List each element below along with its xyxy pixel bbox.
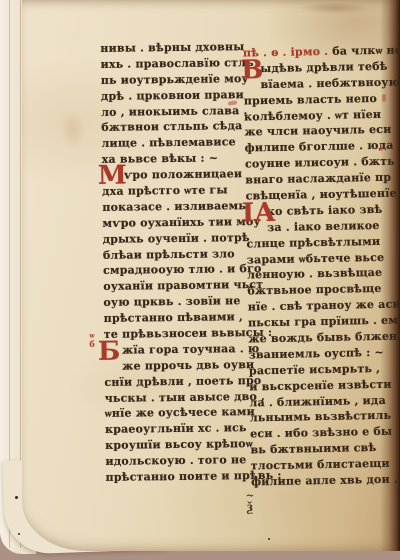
ink-text: смраднооую тлю . и бго [103, 262, 262, 277]
ink-text: ленноую . вьзвѣщае [247, 266, 382, 282]
text-line: ло , инокыимь слава . [101, 103, 243, 121]
ink-speck [15, 496, 18, 499]
ink-text: вь бжтвныими свѣ [250, 441, 376, 456]
ink-text: за . іако великое [267, 219, 380, 234]
red-margin-mark [382, 94, 386, 102]
rubric-initial: Б [98, 341, 121, 363]
ink-text: показасе . изливаемь [102, 199, 246, 214]
marginal-gloss-bottom: б [86, 340, 98, 349]
ink-text: же пррочь двь оуви [122, 358, 254, 373]
ink-text: бжтвнои стльпь сѣда [101, 120, 242, 135]
text-line: краеоугльнїи хс . ись [105, 420, 247, 438]
ink-text: прѣстанно пѣваими , [104, 310, 243, 325]
text-line: дрыхь оученїи . потрѣ [103, 230, 245, 248]
text-line: те прѣвьзносеи вьвысы : [104, 325, 246, 343]
ink-text: ѡнїе же оусѣчесе ками [105, 406, 255, 421]
ink-text: вїаема . небжтвноую [260, 75, 400, 91]
ink-text: филипе апле хвь дои . [251, 473, 398, 489]
ink-text: филипе бгоглше . юда [245, 139, 394, 155]
ink-text: чьскы . тыи авысе дво , [105, 389, 266, 404]
ink-text: же члси наоучиль еси [244, 123, 391, 139]
ink-text: те прѣвьзносеи вьвысы : [104, 326, 272, 341]
ink-text: и вьскрсенїе извѣсти [249, 377, 392, 393]
marginal-gloss: ѡ б [86, 331, 98, 349]
ink-text: нїе . свѣ траноу же аси [248, 298, 400, 314]
text-line: жїа гора тоучнаа . ю [104, 341, 246, 359]
stain [300, 2, 370, 14]
ink-text: кроушїи вьсоу крѣпоѡ [105, 437, 253, 452]
ink-text: оуханїи правомтни чьст [103, 278, 263, 293]
ink-text: внаго наслажданїе пр [245, 171, 391, 187]
red-margin-mark [380, 146, 383, 151]
ink-text: снїи дрѣвли , поеть про [104, 374, 261, 389]
ink-text: ыдѣвь дрѣвли тебѣ [260, 60, 388, 75]
ink-text: нивы . вѣрны дховны [100, 40, 244, 55]
ink-text: пь иоутврьжденїе моу [101, 72, 249, 87]
text-line: дрѣ . црковнои прави [101, 87, 243, 105]
ink-text: слнце прѣсвѣтлыми [246, 235, 380, 251]
ink-text: блѣаи прѣльсти зло [103, 247, 235, 262]
ink-text: зарами ѡбьтече вьсе [247, 250, 385, 266]
ink-text: ла . ближнїимь , ида [249, 393, 385, 409]
text-line: бжтвнои стльпь сѣда [101, 119, 243, 137]
ink-text: приемь власть непо [244, 92, 377, 108]
ink-text: пьскы гра прїишь . емоу [248, 313, 400, 329]
ink-text: идольскоую . того не [105, 453, 246, 468]
ink-text: ба члкѡ неоу . [328, 43, 400, 58]
ink-text: жїа гора тоучнаа . ю [122, 342, 259, 357]
text-line: показасе . изливаемь [102, 198, 244, 216]
ink-text: соуние илисоуи . бжть [245, 155, 395, 171]
ink-text: ло , инокыимь слава . [101, 104, 247, 119]
ink-text: же вождь бывь блжене [248, 329, 400, 345]
text-line: оую црквь . зовїи не [103, 293, 245, 311]
ink-text: распетїе исьмрьть , [249, 362, 380, 378]
ink-text: краеоугльнїи хс . ись [105, 422, 247, 437]
quire-mark: ~ ѯ [241, 493, 259, 514]
ink-text: званиемль оуспѣ : ~ [249, 346, 384, 362]
text-line: идольскоую . того не [105, 452, 247, 470]
stain [60, 110, 86, 150]
ink-text: льныимь вьзвѣстиль [250, 409, 392, 425]
ink-text: дрѣ . црковнои прави [101, 88, 244, 103]
quire-mark-letter: ѯ [241, 500, 259, 514]
ink-text: ѵро положницаеи [124, 167, 242, 181]
text-column-left: нивы . вѣрны дховныихь . православїю стл… [100, 39, 247, 486]
text-line: нивы . вѣрны дховны [100, 39, 242, 57]
ink-speck [18, 533, 20, 535]
ink-text: оую црквь . зовїи не [103, 294, 240, 309]
text-line: оуханїи правомтни чьст [103, 277, 245, 295]
ink-text: бжтвьное просвѣще [247, 282, 381, 298]
text-line: мѵро оуханїихь тии моу [102, 214, 244, 232]
text-line: же пррочь двь оуви [104, 357, 246, 375]
ink-text: ко свѣть іако звѣ [267, 203, 383, 218]
rubric-initial: М [98, 165, 127, 187]
ink-text: дрыхь оученїи . потрѣ [103, 231, 250, 246]
manuscript-photo: нивы . вѣрны дховныихь . православїю стл… [0, 0, 400, 560]
ink-text: еси . ибо звѣзно е бы [250, 425, 392, 441]
text-line: блѣаи прѣльсти зло [103, 246, 245, 264]
text-line: лище . пѣвлемависе [101, 134, 243, 152]
text-line: прѣстанно поите и прѣвь : [106, 468, 248, 486]
rubric-initial: ІА [242, 202, 276, 225]
ink-text: мѵро оуханїихь тии моу [102, 215, 260, 230]
text-column-right: пѣ . ѳ . ірмо . ба члкѡ неоу .ыдѣвь дрѣв… [243, 43, 400, 491]
text-line: пь иоутврьжденїе моу [101, 71, 243, 89]
text-line: смраднооую тлю . и бго [103, 262, 245, 280]
ink-text: ихь . православїю стль [100, 56, 253, 71]
text-line: снїи дрѣвли , поеть про [104, 373, 246, 391]
text-line: филипе апле хвь дои . [251, 472, 400, 491]
ink-text: лище . пѣвлемависе [101, 136, 235, 151]
text-line: еси . ибо звѣзно е бы [250, 424, 400, 443]
text-line: кроушїи вьсоу крѣпоѡ [105, 436, 247, 454]
text-line: ѡнїе же оусѣчесе ками [105, 405, 247, 423]
ink-text: колѣблемоу . ѡт нїеи [244, 107, 381, 123]
text-line: прѣстанно пѣваими , [104, 309, 246, 327]
text-line: чьскы . тыи авысе дво , [105, 389, 247, 407]
ink-text: тлостьми блистаещи [251, 457, 390, 473]
rubric-initial: В [241, 59, 264, 82]
ink-speck [268, 538, 270, 540]
text-line: ихь . православїю стль [100, 55, 242, 73]
